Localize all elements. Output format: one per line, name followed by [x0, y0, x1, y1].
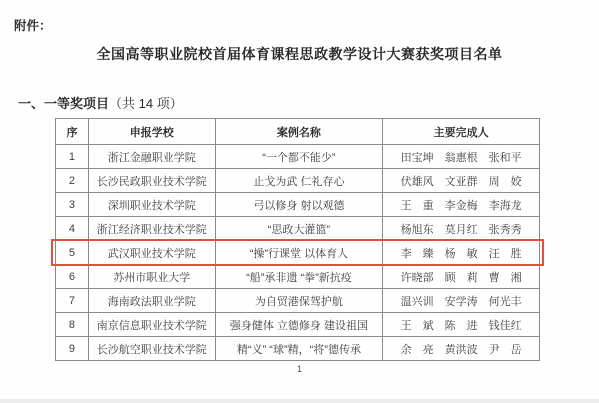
cell-school: 深圳职业技术学院	[88, 193, 215, 217]
cell-case: 精“义” “球”精，“将”德传承	[215, 337, 382, 361]
cell-authors: 余 亮 黄洪波 尹 岳	[383, 337, 540, 361]
section-heading-label: 一、一等奖项目	[18, 96, 109, 111]
cell-school: 海南政法职业学院	[88, 289, 215, 313]
document-page: 附件： 全国高等职业院校首届体育课程思政教学设计大赛获奖项目名单 一、一等奖项目…	[0, 0, 599, 403]
cell-no: 1	[56, 145, 89, 169]
section-heading: 一、一等奖项目（共 14 项）	[18, 93, 183, 112]
cell-school: 浙江金融职业学院	[88, 145, 215, 169]
cell-case: 弓以修身 射以观德	[215, 193, 382, 217]
table-row: 3深圳职业技术学院弓以修身 射以观德王 重 李金梅 李海龙	[56, 193, 540, 217]
cell-authors: 伏雄风 文亚群 周 姣	[383, 169, 540, 193]
cell-authors: 李 臻 杨 敏 汪 胜	[383, 241, 540, 265]
table-row: 6苏州市职业大学“船”承非遗 “拳”新抗疫许晓部 顾 莉 曹 湘	[56, 265, 540, 289]
cell-authors: 杨旭东 莫月红 张秀秀	[383, 217, 540, 241]
table-row: 2长沙民政职业技术学院止戈为武 仁礼存心伏雄风 文亚群 周 姣	[56, 169, 540, 193]
table-row: 8南京信息职业技术学院强身健体 立德修身 建设祖国王 斌 陈 进 钱佳红	[56, 313, 540, 337]
page-number: 1	[0, 364, 599, 374]
table-row: 1浙江金融职业学院“一个都不能少”田宝坤 翁惠根 张和平	[56, 145, 540, 169]
cell-case: “船”承非遗 “拳”新抗疫	[215, 265, 382, 289]
cell-no: 6	[56, 265, 89, 289]
table-row: 5武汉职业技术学院“操”行课堂 以体育人李 臻 杨 敏 汪 胜	[56, 241, 540, 265]
page-bottom-edge	[0, 399, 599, 403]
cell-no: 5	[56, 241, 89, 265]
table-row: 7海南政法职业学院为自贸港保驾护航温兴训 安学涛 何光丰	[56, 289, 540, 313]
awards-table: 序申报学校案例名称主要完成人 1浙江金融职业学院“一个都不能少”田宝坤 翁惠根 …	[55, 118, 540, 361]
table-row: 9长沙航空职业技术学院精“义” “球”精，“将”德传承余 亮 黄洪波 尹 岳	[56, 337, 540, 361]
page-title: 全国高等职业院校首届体育课程思政教学设计大赛获奖项目名单	[0, 44, 599, 64]
cell-case: “操”行课堂 以体育人	[215, 241, 382, 265]
cell-no: 2	[56, 169, 89, 193]
column-header-1: 申报学校	[88, 119, 215, 145]
cell-case: “一个都不能少”	[215, 145, 382, 169]
awards-table-body: 1浙江金融职业学院“一个都不能少”田宝坤 翁惠根 张和平2长沙民政职业技术学院止…	[56, 145, 540, 361]
table-row: 4浙江经济职业技术学院“思政大灌篮”杨旭东 莫月红 张秀秀	[56, 217, 540, 241]
awards-table-container: 序申报学校案例名称主要完成人 1浙江金融职业学院“一个都不能少”田宝坤 翁惠根 …	[55, 118, 540, 361]
column-header-2: 案例名称	[215, 119, 382, 145]
cell-authors: 王 重 李金梅 李海龙	[383, 193, 540, 217]
cell-school: 武汉职业技术学院	[88, 241, 215, 265]
table-header-row: 序申报学校案例名称主要完成人	[56, 119, 540, 145]
cell-no: 9	[56, 337, 89, 361]
cell-case: 为自贸港保驾护航	[215, 289, 382, 313]
cell-authors: 田宝坤 翁惠根 张和平	[383, 145, 540, 169]
column-header-0: 序	[56, 119, 89, 145]
cell-authors: 王 斌 陈 进 钱佳红	[383, 313, 540, 337]
cell-no: 3	[56, 193, 89, 217]
attachment-label: 附件：	[14, 16, 52, 34]
cell-school: 苏州市职业大学	[88, 265, 215, 289]
cell-school: 长沙民政职业技术学院	[88, 169, 215, 193]
cell-no: 8	[56, 313, 89, 337]
cell-authors: 许晓部 顾 莉 曹 湘	[383, 265, 540, 289]
cell-case: 止戈为武 仁礼存心	[215, 169, 382, 193]
cell-no: 4	[56, 217, 89, 241]
cell-no: 7	[56, 289, 89, 313]
cell-case: 强身健体 立德修身 建设祖国	[215, 313, 382, 337]
cell-case: “思政大灌篮”	[215, 217, 382, 241]
section-heading-count: （共 14 项）	[109, 96, 183, 111]
cell-school: 南京信息职业技术学院	[88, 313, 215, 337]
column-header-3: 主要完成人	[383, 119, 540, 145]
cell-authors: 温兴训 安学涛 何光丰	[383, 289, 540, 313]
cell-school: 浙江经济职业技术学院	[88, 217, 215, 241]
cell-school: 长沙航空职业技术学院	[88, 337, 215, 361]
